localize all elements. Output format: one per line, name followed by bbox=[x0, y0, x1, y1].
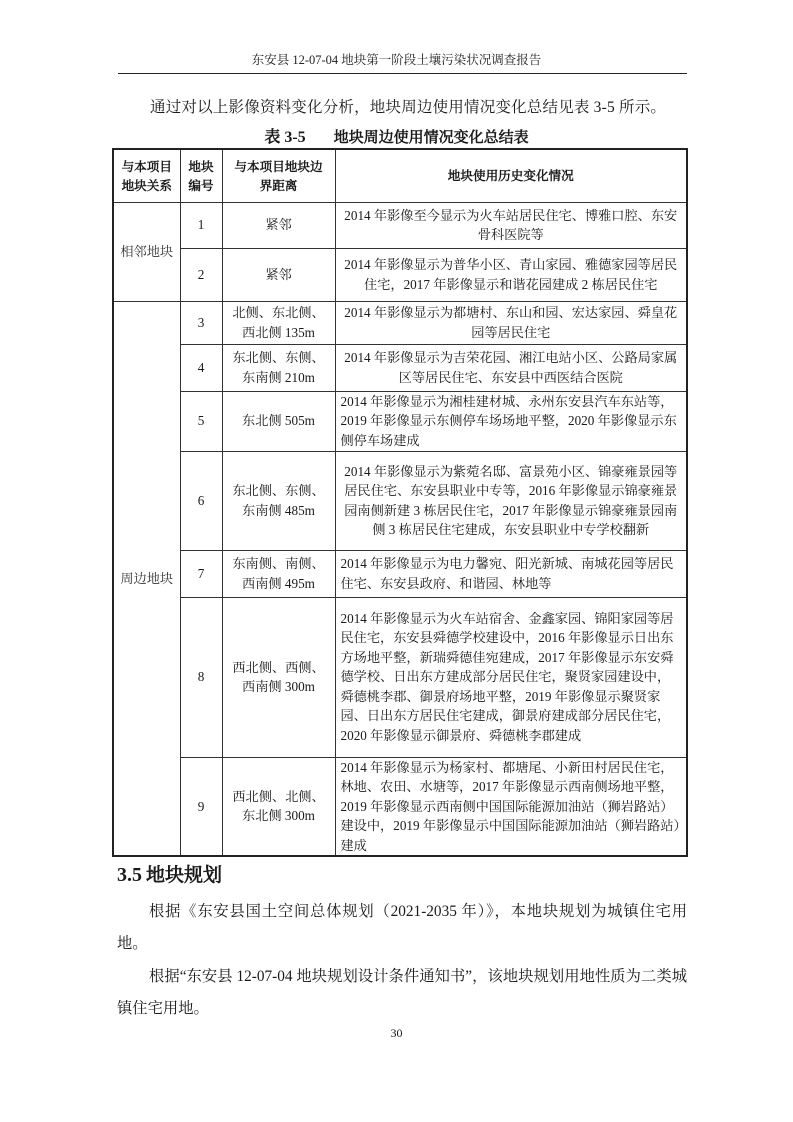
table-row: 6 东北侧、东侧、东南侧 485m 2014 年影像显示为紫菀名邸、富景苑小区、… bbox=[113, 451, 687, 550]
header-plot-no: 地块编号 bbox=[180, 149, 222, 202]
table-row: 8 西北侧、西侧、西南侧 300m 2014 年影像显示为火车站宿舍、金鑫家园、… bbox=[113, 597, 687, 757]
history-cell: 2014 年影像显示为湘桂建材城、永州东安县汽车东站等，2019 年影像显示东侧… bbox=[335, 391, 687, 451]
table-row: 5 东北侧 505m 2014 年影像显示为湘桂建材城、永州东安县汽车东站等，2… bbox=[113, 391, 687, 451]
history-cell: 2014 年影像显示为杨家村、都塘尾、小新田村居民住宅，林地、农田、水塘等，20… bbox=[335, 757, 687, 856]
plot-no-cell: 1 bbox=[180, 202, 222, 248]
table-row: 周边地块 3 北侧、东北侧、西北侧 135m 2014 年影像显示为都塘村、东山… bbox=[113, 301, 687, 344]
distance-cell: 紧邻 bbox=[222, 248, 335, 301]
distance-cell: 紧邻 bbox=[222, 202, 335, 248]
history-cell: 2014 年影像显示为紫菀名邸、富景苑小区、锦豪雍景园等居民住宅、东安县职业中专… bbox=[335, 451, 687, 550]
distance-cell: 北侧、东北侧、西北侧 135m bbox=[222, 301, 335, 344]
table-caption-number: 表 3-5 bbox=[264, 129, 305, 146]
history-cell: 2014 年影像显示为普华小区、青山家园、雅德家园等居民住宅，2017 年影像显… bbox=[335, 248, 687, 301]
section-number: 3.5 bbox=[117, 864, 142, 886]
distance-cell: 西北侧、西侧、西南侧 300m bbox=[222, 597, 335, 757]
running-header-title: 东安县 12-07-04 地块第一阶段土壤污染状况调查报告 bbox=[0, 50, 793, 68]
surrounding-land-use-table: 与本项目地块关系 地块编号 与本项目地块边界距离 地块使用历史变化情况 相邻地块… bbox=[112, 148, 688, 857]
table-row: 7 东南侧、南侧、西南侧 495m 2014 年影像显示为电力馨宛、阳光新城、南… bbox=[113, 550, 687, 597]
relation-cell: 相邻地块 bbox=[113, 202, 180, 301]
plot-no-cell: 4 bbox=[180, 344, 222, 391]
section-title: 地块规划 bbox=[146, 864, 222, 886]
plot-no-cell: 5 bbox=[180, 391, 222, 451]
distance-cell: 东南侧、南侧、西南侧 495m bbox=[222, 550, 335, 597]
header-divider bbox=[118, 73, 687, 74]
history-cell: 2014 年影像显示为都塘村、东山和园、宏达家园、舜皇花园等居民住宅 bbox=[335, 301, 687, 344]
intro-paragraph: 通过对以上影像资料变化分析，地块周边使用情况变化总结见表 3-5 所示。 bbox=[150, 95, 666, 117]
plot-no-cell: 3 bbox=[180, 301, 222, 344]
relation-cell: 周边地块 bbox=[113, 301, 180, 856]
history-cell: 2014 年影像显示为火车站宿舍、金鑫家园、锦阳家园等居民住宅，东安县舜德学校建… bbox=[335, 597, 687, 757]
table-row: 4 东北侧、东侧、东南侧 210m 2014 年影像显示为吉荣花园、湘江电站小区… bbox=[113, 344, 687, 391]
table-caption-title: 地块周边使用情况变化总结表 bbox=[334, 128, 529, 146]
distance-cell: 东北侧、东侧、东南侧 485m bbox=[222, 451, 335, 550]
history-cell: 2014 年影像显示为吉荣花园、湘江电站小区、公路局家属区等居民住宅、东安县中西… bbox=[335, 344, 687, 391]
plot-no-cell: 8 bbox=[180, 597, 222, 757]
plot-no-cell: 7 bbox=[180, 550, 222, 597]
plot-no-cell: 2 bbox=[180, 248, 222, 301]
table-row: 2 紧邻 2014 年影像显示为普华小区、青山家园、雅德家园等居民住宅，2017… bbox=[113, 248, 687, 301]
history-cell: 2014 年影像至今显示为火车站居民住宅、博雅口腔、东安骨科医院等 bbox=[335, 202, 687, 248]
planning-paragraph-2: 根据“东安县 12-07-04 地块规划设计条件通知书”，该地块规划用地性质为二… bbox=[117, 961, 687, 1025]
page-number: 30 bbox=[0, 1026, 793, 1041]
plot-no-cell: 9 bbox=[180, 757, 222, 856]
distance-cell: 东北侧 505m bbox=[222, 391, 335, 451]
header-distance: 与本项目地块边界距离 bbox=[222, 149, 335, 202]
plot-no-cell: 6 bbox=[180, 451, 222, 550]
table-row: 9 西北侧、北侧、东北侧 300m 2014 年影像显示为杨家村、都塘尾、小新田… bbox=[113, 757, 687, 856]
table-header-row: 与本项目地块关系 地块编号 与本项目地块边界距离 地块使用历史变化情况 bbox=[113, 149, 687, 202]
history-cell: 2014 年影像显示为电力馨宛、阳光新城、南城花园等居民住宅、东安县政府、和谐园… bbox=[335, 550, 687, 597]
header-history: 地块使用历史变化情况 bbox=[335, 149, 687, 202]
table-caption: 表 3-5地块周边使用情况变化总结表 bbox=[0, 124, 793, 147]
section-heading: 3.5地块规划 bbox=[117, 860, 222, 887]
distance-cell: 东北侧、东侧、东南侧 210m bbox=[222, 344, 335, 391]
planning-paragraph-1: 根据《东安县国土空间总体规划（2021-2035 年）》，本地块规划为城镇住宅用… bbox=[117, 896, 687, 960]
table-row: 相邻地块 1 紧邻 2014 年影像至今显示为火车站居民住宅、博雅口腔、东安骨科… bbox=[113, 202, 687, 248]
distance-cell: 西北侧、北侧、东北侧 300m bbox=[222, 757, 335, 856]
header-relation: 与本项目地块关系 bbox=[113, 149, 180, 202]
